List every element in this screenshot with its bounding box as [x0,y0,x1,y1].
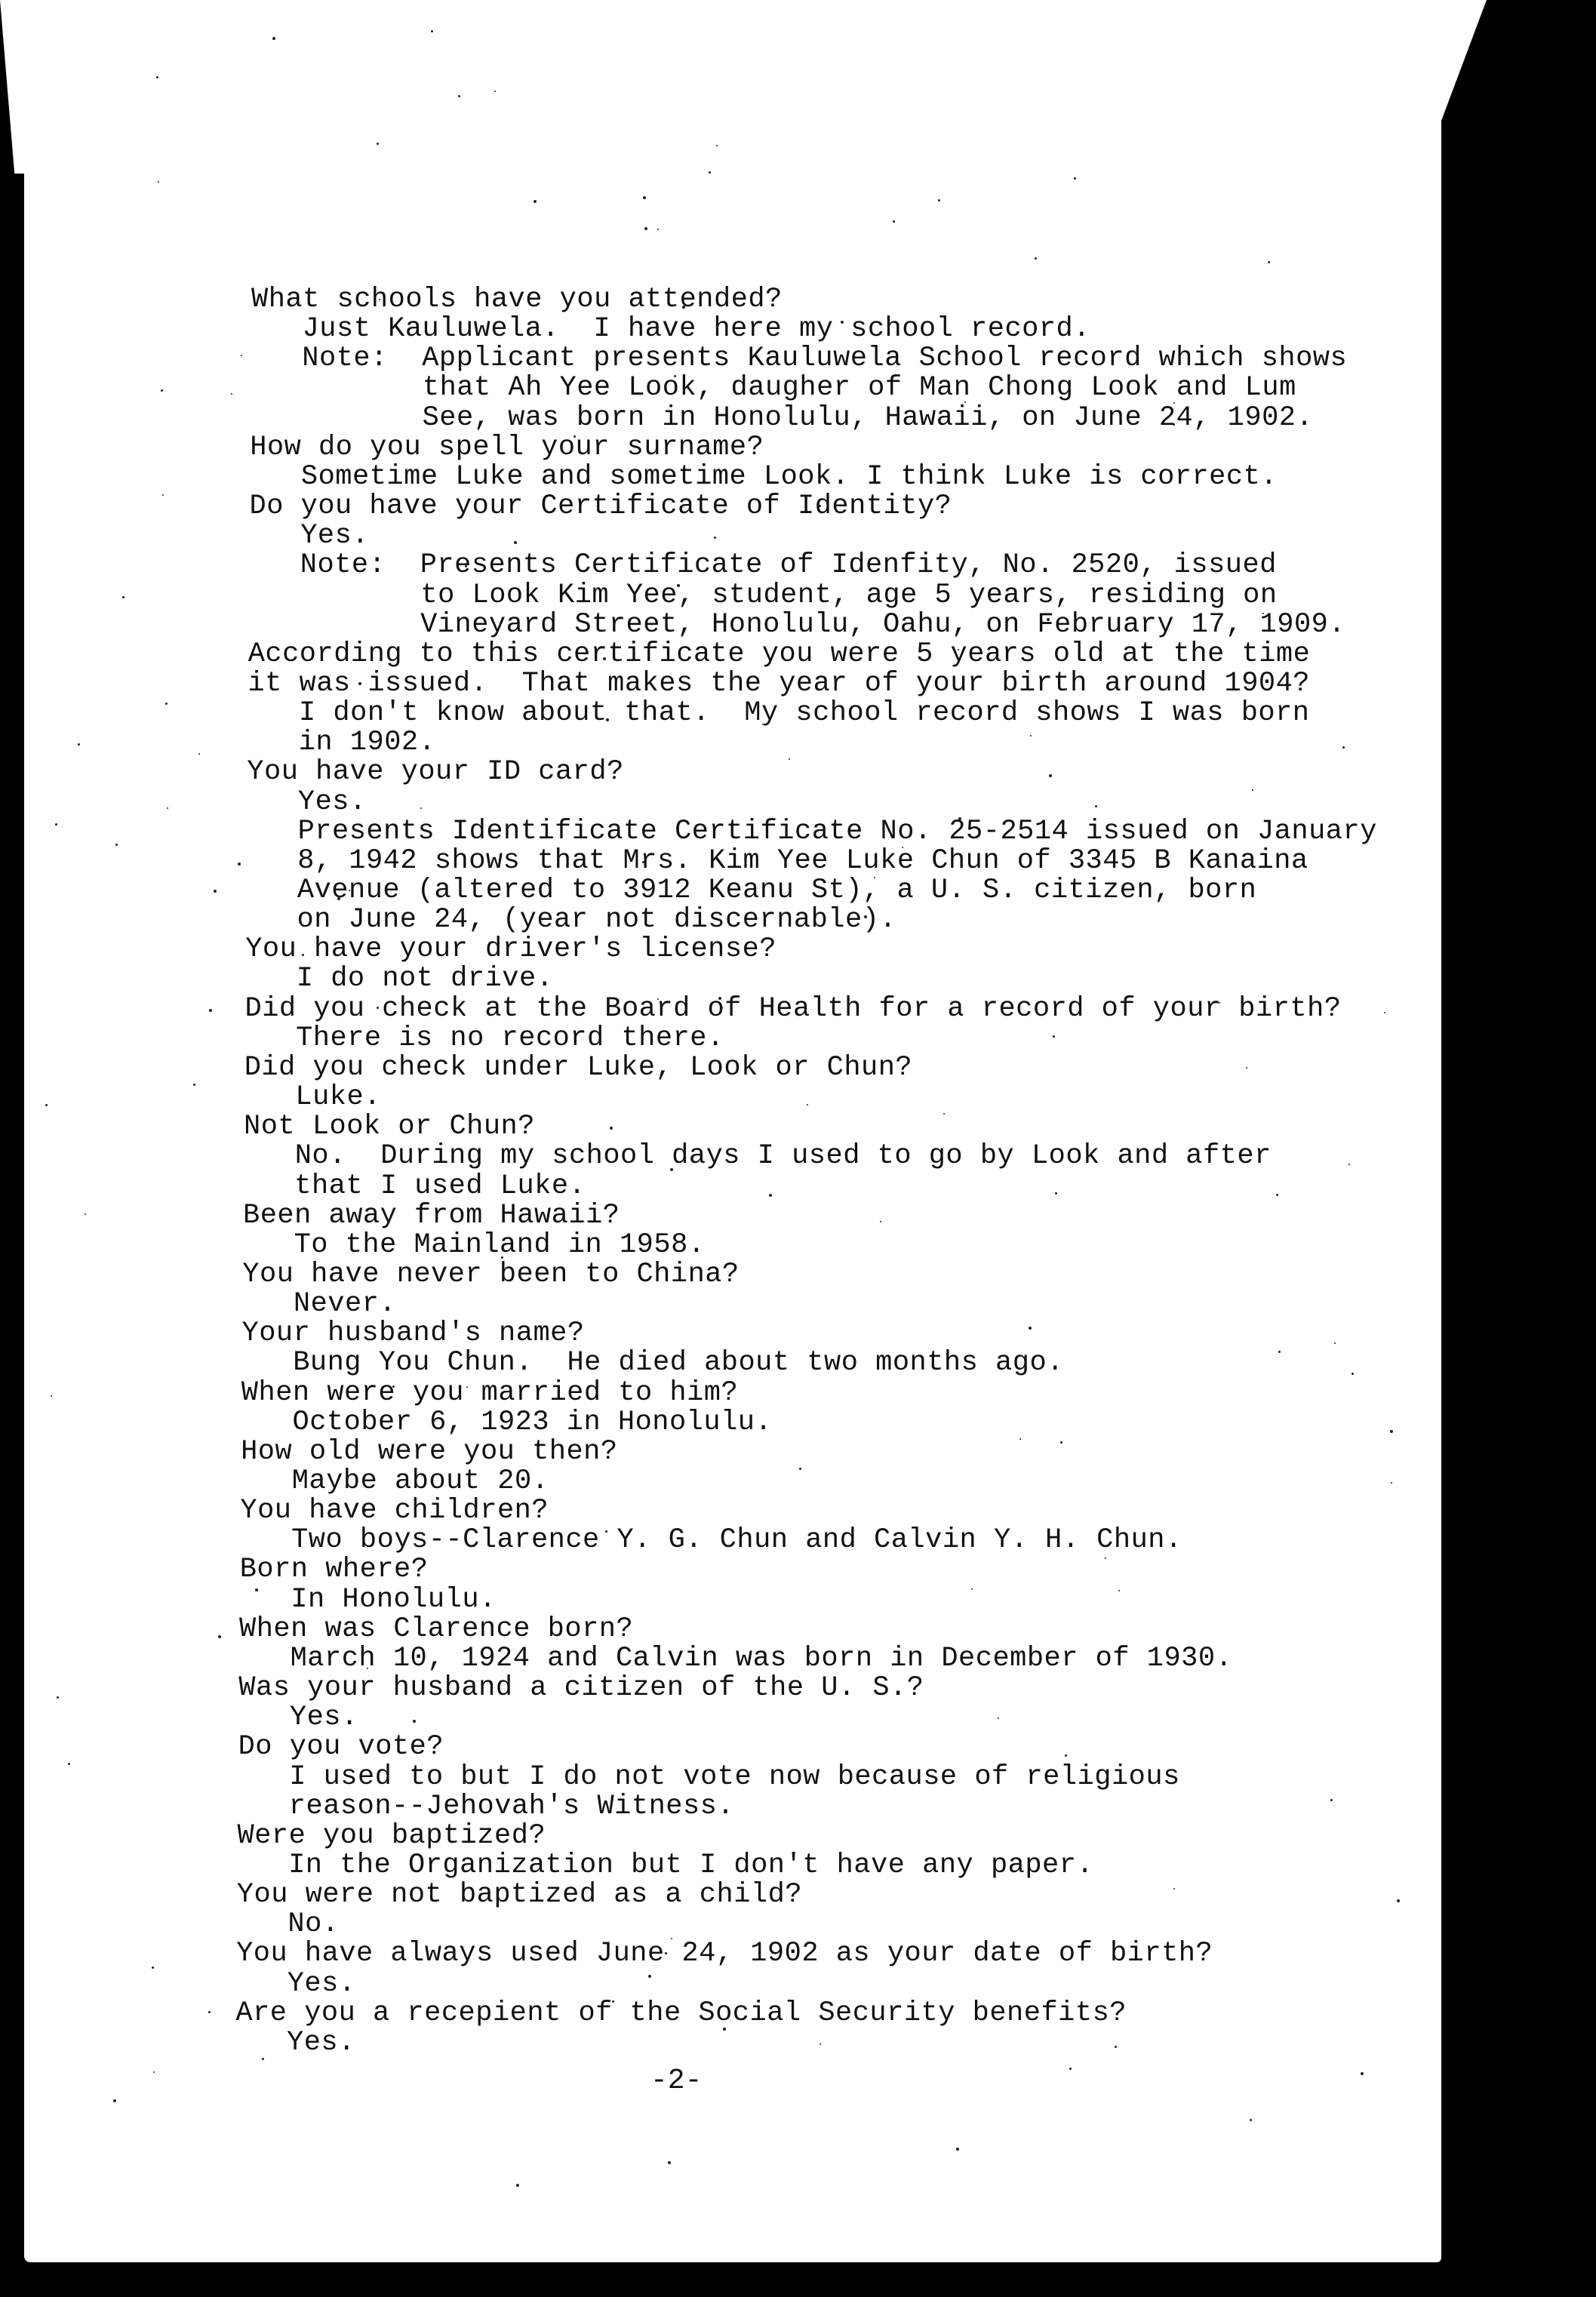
answer-line: No. During my school days I used to go b… [295,1142,1272,1171]
scan-speck [799,1468,801,1470]
scan-speck [1390,1430,1393,1433]
scan-speck [57,1696,59,1699]
answer-line: In the Organization but I don't have any… [288,1851,1093,1880]
scan-speck [605,1530,607,1533]
answer-line: I don't know about that. My school recor… [299,699,1310,728]
answer-line: Yes. [290,1703,358,1733]
scan-speck [158,181,159,183]
scan-speck [413,1720,416,1723]
scan-speck [1095,805,1097,807]
scan-speck [998,1717,999,1719]
answer-line: Two boys--Clarence Y. G. Chun and Calvin… [291,1526,1182,1555]
scan-speck [1118,1590,1120,1591]
question-line: Were you baptized? [238,1822,546,1851]
question-line: it was issued. That makes the year of yo… [248,669,1310,699]
scan-speck [465,565,467,567]
scan-speck [721,1007,723,1009]
scan-speck [208,2011,211,2013]
answer-line: on June 24, (year not discernable). [297,906,897,935]
answer-line: Avenue (altered to 3912 Keanu St), a U. … [297,876,1256,906]
answer-line: In Honolulu. [291,1585,496,1615]
scan-speck [152,1966,154,1969]
answer-line: Luke. [295,1083,381,1112]
scan-speck [161,389,163,392]
scan-speck [612,2000,614,2003]
scan-speck [115,844,118,846]
scan-speck [938,199,940,201]
scan-speck [958,649,959,650]
scan-speck [262,2058,264,2060]
scan-speck [241,355,242,356]
scan-speck [392,1385,395,1388]
scan-speck [1384,1012,1385,1013]
question-line: According to this certificate you were 5… [248,640,1311,669]
scan-speck [156,76,158,78]
scan-speck [1047,618,1050,621]
scan-speck [1330,1799,1333,1801]
scan-speck [209,1009,212,1012]
scan-speck [820,2043,821,2045]
scan-speck [665,1952,667,1954]
answer-line: Presents Identificate Certificate No. 25… [298,817,1377,847]
scan-speck [606,718,609,721]
scan-speck [193,1084,195,1086]
scan-speck [1173,1888,1175,1890]
answer-line: To the Mainland in 1958. [294,1231,706,1260]
answer-line: I used to but I do not vote now because … [289,1763,1180,1792]
scan-speck [1348,1164,1350,1165]
question-line: Not Look or Chun? [244,1112,535,1142]
scan-speck [1035,257,1037,260]
scan-speck [51,1395,52,1397]
scan-speck [337,897,340,900]
scan-speck [377,1007,379,1009]
answer-line: Yes. [288,1970,356,1999]
scan-speck [657,229,659,230]
scan-speck [367,1668,368,1669]
question-line: Are you a recepient of the Social Securi… [235,1999,1127,2028]
scan-speck [943,1113,945,1115]
scan-speck [712,1266,713,1268]
answer-line: Yes. [287,2028,355,2058]
scan-speck [956,2148,959,2151]
scan-speck [45,1104,48,1106]
scan-speck [68,1763,70,1765]
answer-line: I do not drive. [297,964,554,994]
scan-speck [642,861,644,863]
note-continuation-line: that Ah Yee Look, daugher of Man Chong L… [423,374,1296,403]
scan-speck [1060,1441,1062,1444]
note-continuation-line: See, was born in Honolulu, Hawaii, on Ju… [423,404,1314,433]
scan-speck [643,196,646,199]
question-line: Did you check under Luke, Look or Chun? [244,1053,912,1083]
answer-line: reason--Jehovah's Witness. [289,1792,734,1822]
scan-speck [466,1386,468,1388]
scan-speck [769,1194,772,1197]
scan-speck [272,37,275,40]
scan-speck [516,2184,519,2187]
scan-speck [494,91,496,92]
scan-speck [165,703,168,705]
scan-speck [358,682,361,685]
question-line: You have never been to China? [242,1260,739,1290]
scan-speck [893,220,895,223]
scan-speck [458,95,460,97]
scan-speck [932,330,933,331]
scan-speck [677,584,680,587]
answer-line: that I used Luke. [294,1172,586,1201]
question-line: You were not baptized as a child? [237,1880,802,1910]
scan-speck [958,817,961,820]
scan-speck [420,807,422,809]
scan-speck [1262,613,1264,614]
question-line: Born where? [240,1555,429,1585]
scan-speck [964,401,966,403]
scan-speck [349,890,350,891]
scan-speck [1049,774,1052,777]
scan-speck [1019,1438,1021,1440]
scan-speck [55,823,57,826]
scan-speck [943,1946,944,1948]
scan-speck [1065,1754,1067,1757]
question-line: You have children? [240,1496,549,1526]
page-number: -2- [650,2065,702,2097]
scan-speck [386,916,388,918]
scan-speck [153,2071,155,2073]
scan-speck [364,1511,366,1512]
scan-speck [1278,1351,1281,1353]
scan-speck [122,596,125,598]
answer-line: No. [288,1910,339,1939]
question-line: Been away from Hawaii? [243,1201,620,1231]
answer-line: March 10, 1924 and Calvin was born in De… [291,1644,1233,1674]
answer-line: Never. [294,1290,396,1319]
scan-speck [1105,1557,1106,1559]
scan-speck [1053,1035,1055,1038]
scan-speck [534,200,537,203]
scan-speck [302,954,304,956]
scan-speck [762,724,764,725]
scan-speck [379,299,380,300]
scan-speck [644,227,647,230]
scan-speck [1173,402,1175,404]
scan-speck [231,393,232,395]
scan-speck [610,1127,613,1130]
answer-line: Just Kauluwela. I have here my school re… [303,315,1090,344]
scan-speck [714,537,716,539]
scan-speck [1219,1002,1220,1004]
question-line: When were you married to him? [241,1379,738,1408]
scan-speck [1030,735,1032,736]
scan-speck [674,375,676,377]
scan-speck [214,890,217,893]
scan-speck [1276,1194,1278,1196]
scan-speck [671,1938,672,1939]
scan-speck [1397,1899,1400,1902]
answer-line: Yes. [300,521,369,551]
scan-speck [723,2028,726,2031]
scan-speck [1115,2046,1117,2048]
answer-line: Note: Applicant presents Kauluwela Schoo… [302,344,1347,374]
scan-speck [431,30,433,32]
scan-speck [648,1975,651,1978]
scan-speck [1250,2119,1252,2121]
question-line: When was Clarence born? [239,1615,633,1644]
scan-speck [874,877,875,878]
scan-speck [718,997,721,1000]
scan-speck [1173,423,1175,426]
note-continuation-line: to Look Kim Yee, student, age 5 years, r… [420,581,1277,610]
scan-speck [709,171,711,174]
scan-speck [1342,746,1345,749]
question-line: You have your ID card? [247,758,623,787]
scan-speck [1334,1342,1336,1344]
scan-speck [603,657,606,660]
question-line: Your husband's name? [242,1319,585,1348]
question-line: What schools have you attended? [251,285,783,315]
scan-speck [670,1168,673,1171]
scan-speck [1252,789,1253,791]
answer-line: Bung You Chun. He died about two months … [293,1348,1064,1378]
scan-speck [167,807,168,809]
scan-speck [1352,1373,1354,1375]
scan-speck [971,1588,973,1590]
scan-speck [657,998,659,1000]
scan-speck [85,1213,86,1215]
scan-speck [1029,1327,1032,1330]
answer-line: There is no record there. [296,1024,724,1053]
scan-speck [807,1104,808,1105]
answer-line: Note: Presents Certificate of Idenfity, … [300,551,1277,580]
question-line: Was your husband a citizen of the U. S.? [238,1674,924,1703]
scan-speck [1069,2068,1072,2070]
scan-speck [198,753,200,755]
scan-speck [789,758,790,760]
scan-speck [1055,1192,1057,1195]
scan-speck [361,1661,363,1662]
transcript-body: What schools have you attended?Just Kaul… [0,0,1596,2297]
answer-line: in 1902. [299,728,436,758]
answer-line: Sometime Luke and sometime Look. I think… [301,463,1278,492]
scan-speck [1391,1482,1392,1484]
answer-line: Maybe about 20. [292,1467,549,1496]
scan-speck [1246,1067,1247,1069]
scan-speck [1361,2072,1364,2075]
scan-speck [218,1635,221,1638]
scan-speck [514,541,517,544]
scan-speck [902,847,903,848]
scan-speck [841,321,844,324]
scan-speck [377,143,379,145]
scan-speck [716,145,718,146]
question-line: Do you have your Certificate of Identity… [250,492,952,521]
note-continuation-line: Vineyard Street, Honolulu, Oahu, on Febr… [420,610,1345,640]
answer-line: Yes. [298,788,367,817]
question-line: Do you vote? [238,1733,444,1762]
scan-speck [880,1221,881,1222]
scan-speck [162,494,164,496]
question-line: You have your driver's license? [245,935,776,964]
answer-line: October 6, 1923 in Honolulu. [293,1408,773,1438]
question-line: Did you check at the Board of Health for… [245,995,1342,1024]
question-line: How do you spell your surname? [250,433,764,463]
scan-speck [501,1256,503,1259]
scan-speck [1268,261,1270,263]
scan-speck [864,915,867,918]
scan-speck [1074,177,1076,180]
scan-speck [819,505,821,507]
scan-speck [78,743,80,746]
scan-speck [113,2099,116,2102]
question-line: You have always used June 24, 1902 as yo… [236,1939,1213,1969]
scan-speck [238,863,241,866]
scan-speck [574,435,576,438]
scan-speck [255,1588,258,1591]
question-line: How old were you then? [241,1438,617,1467]
scan-speck [720,955,721,956]
scan-speck [668,2161,671,2164]
answer-line: 8, 1942 shows that Mrs. Kim Yee Luke Chu… [297,847,1308,876]
scan-speck [682,306,685,309]
